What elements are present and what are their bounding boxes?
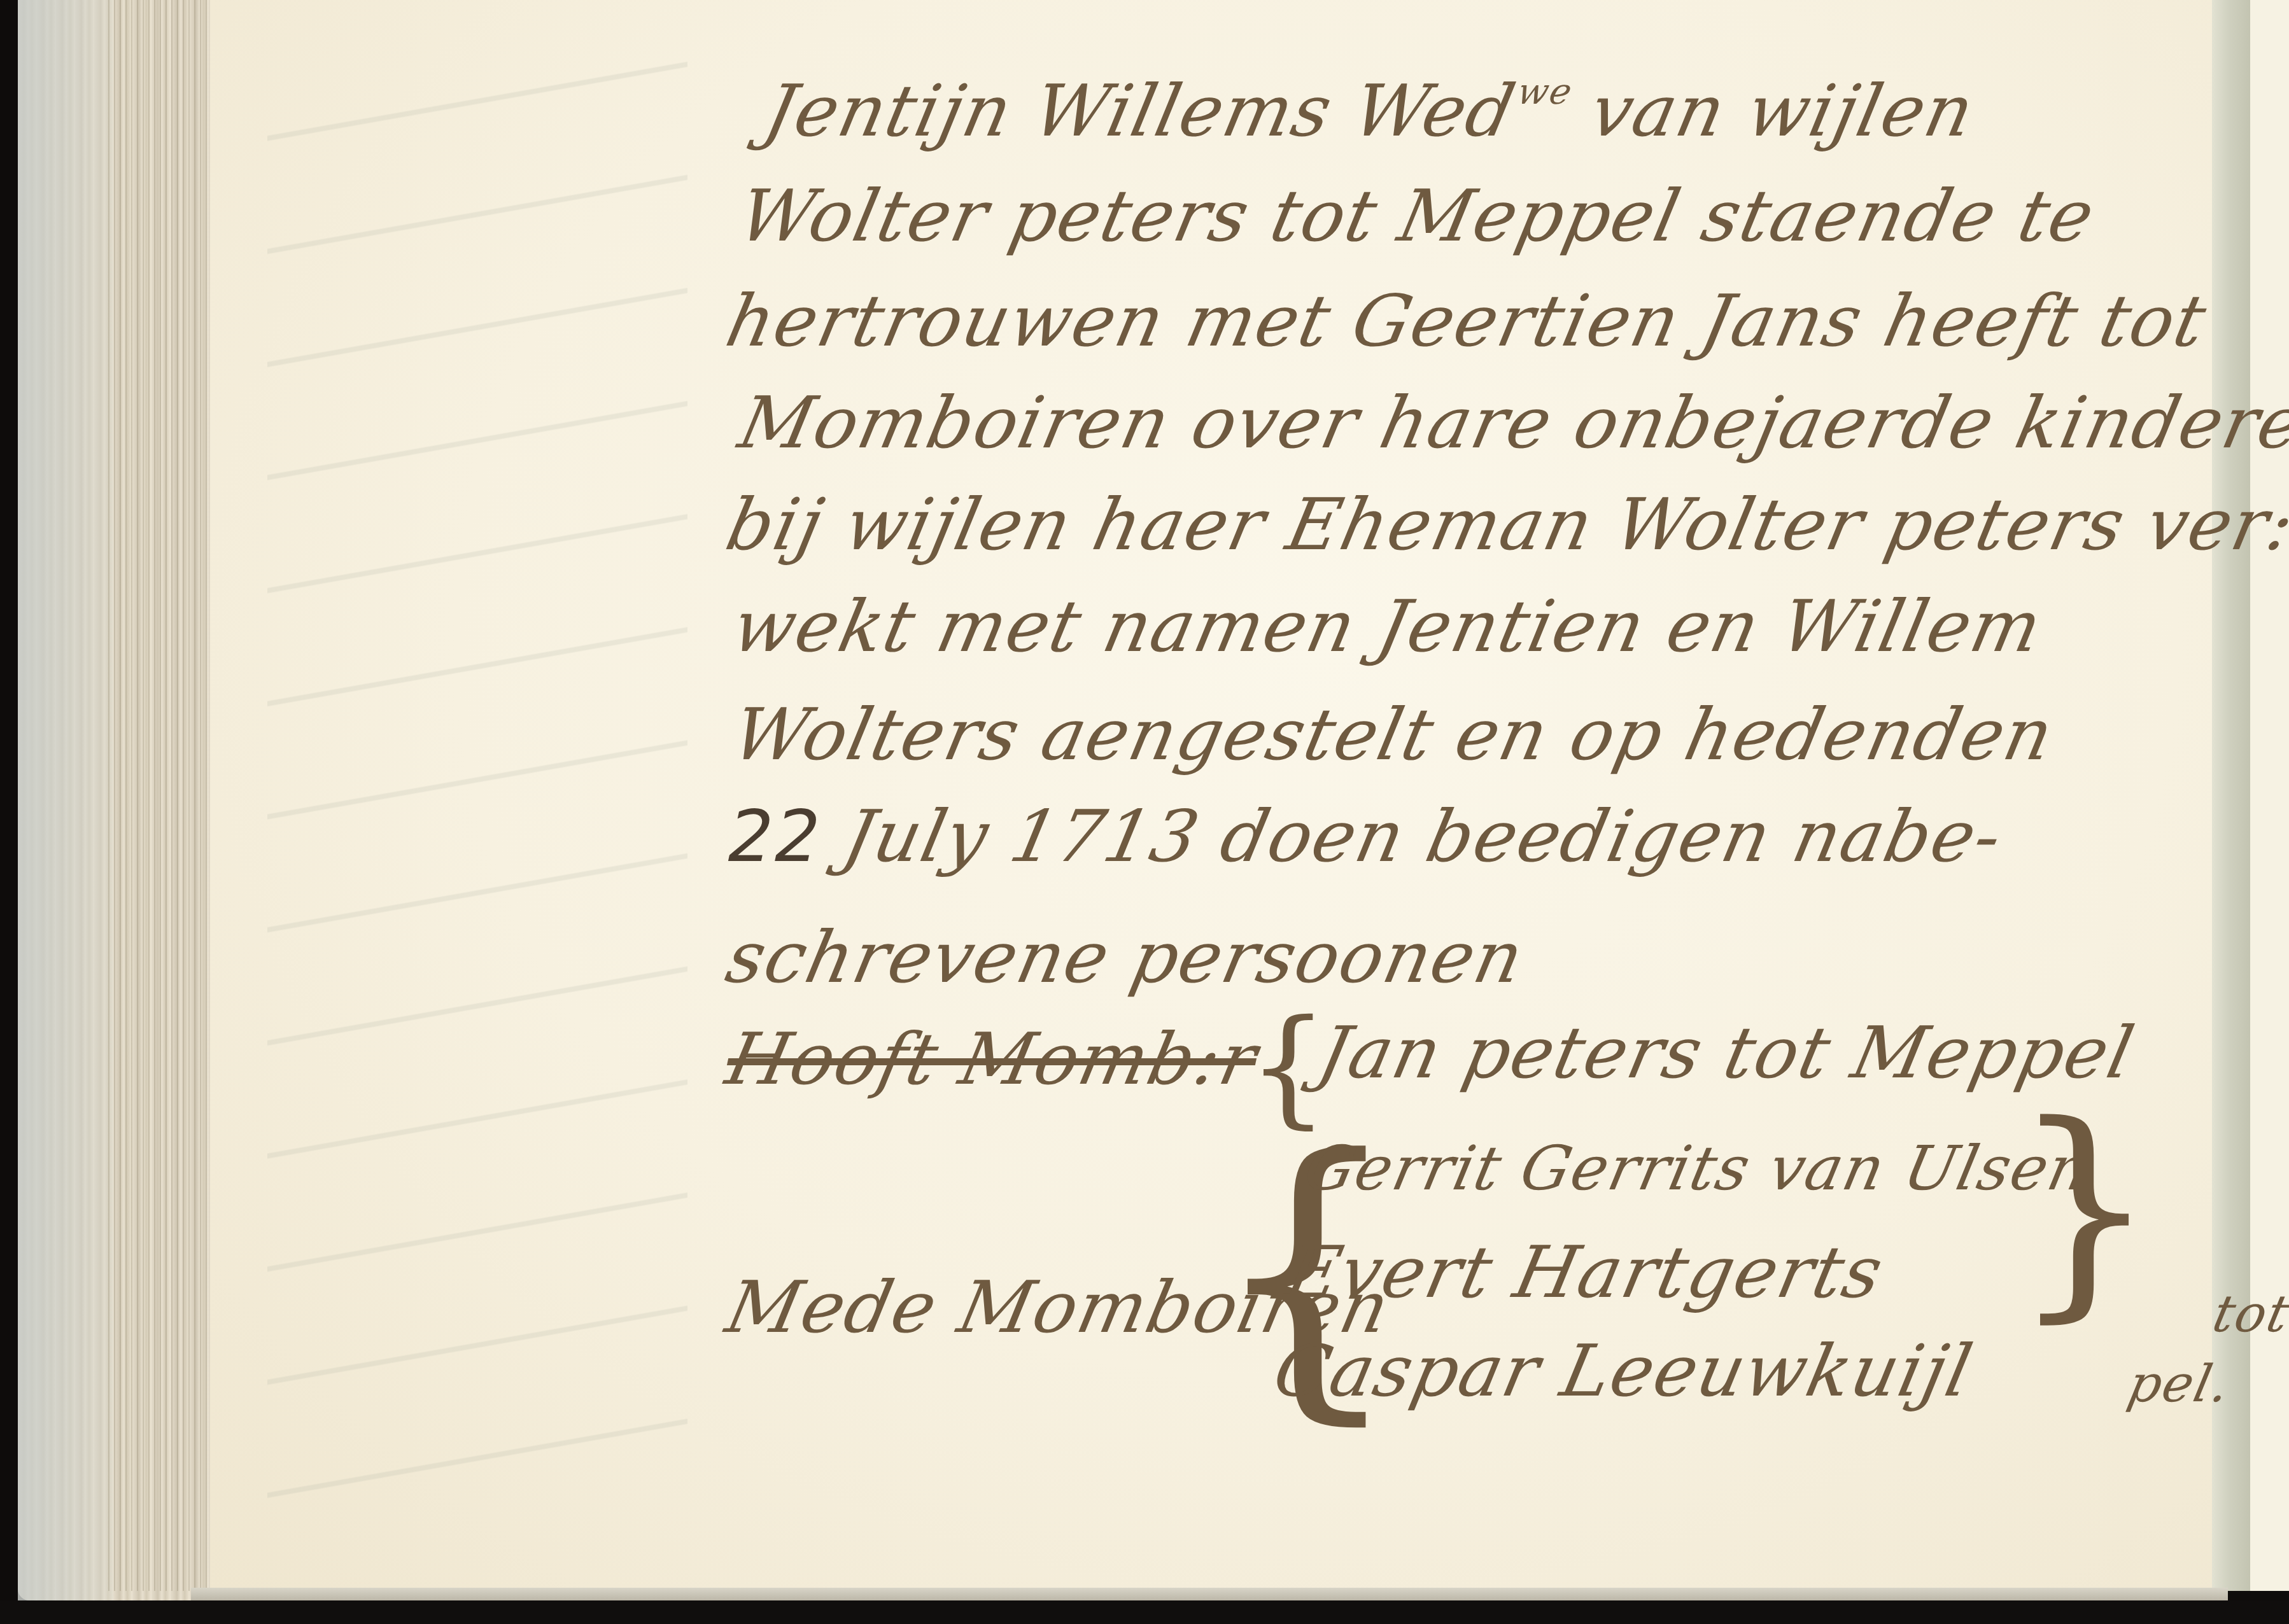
co-guardian-3: Caspar Leeuwkuijl bbox=[1267, 1330, 1980, 1413]
text-line-6: wekt met namen Jentien en Willem bbox=[726, 585, 2050, 668]
scan-bottom-background bbox=[0, 1600, 2289, 1624]
date-day: 22 bbox=[719, 795, 830, 878]
text-line-2: Wolter peters tot Meppel staende te bbox=[732, 175, 2102, 258]
bleed-through-text bbox=[267, 38, 687, 1502]
head-guardian-label: Hooft Momb:r bbox=[719, 1018, 1265, 1101]
text-line-1: Jentijn Willems Wedwe van wijlen bbox=[757, 70, 1982, 153]
page-stack-lines bbox=[108, 0, 223, 1591]
text-line-4: Momboiren over hare onbejaerde kinderen bbox=[732, 382, 2289, 465]
text-line-5: bij wijlen haer Eheman Wolter peters ver… bbox=[719, 484, 2289, 566]
document-scan: Jentijn Willems Wedwe van wijlen Wolter … bbox=[0, 0, 2289, 1624]
text-line-7: Wolters aengestelt en op hedenden bbox=[726, 694, 2061, 776]
text-line-3: hertrouwen met Geertien Jans heeft tot bbox=[719, 280, 2214, 363]
co-guardian-1: Gerrit Gerrits van Ulsen bbox=[1299, 1133, 2097, 1204]
text-line-8: 22 July 1713 doen beedigen nabe- bbox=[719, 795, 2010, 878]
superscript: we bbox=[1514, 71, 1577, 113]
right-brace-icon: } bbox=[2011, 1095, 2157, 1324]
co-guardian-2: Evert Hartgerts bbox=[1279, 1231, 1891, 1314]
page-bottom-edge bbox=[191, 1588, 2228, 1602]
page-stack-shadow bbox=[18, 0, 113, 1600]
text-line-9: schrevene persoonen bbox=[719, 916, 1532, 999]
